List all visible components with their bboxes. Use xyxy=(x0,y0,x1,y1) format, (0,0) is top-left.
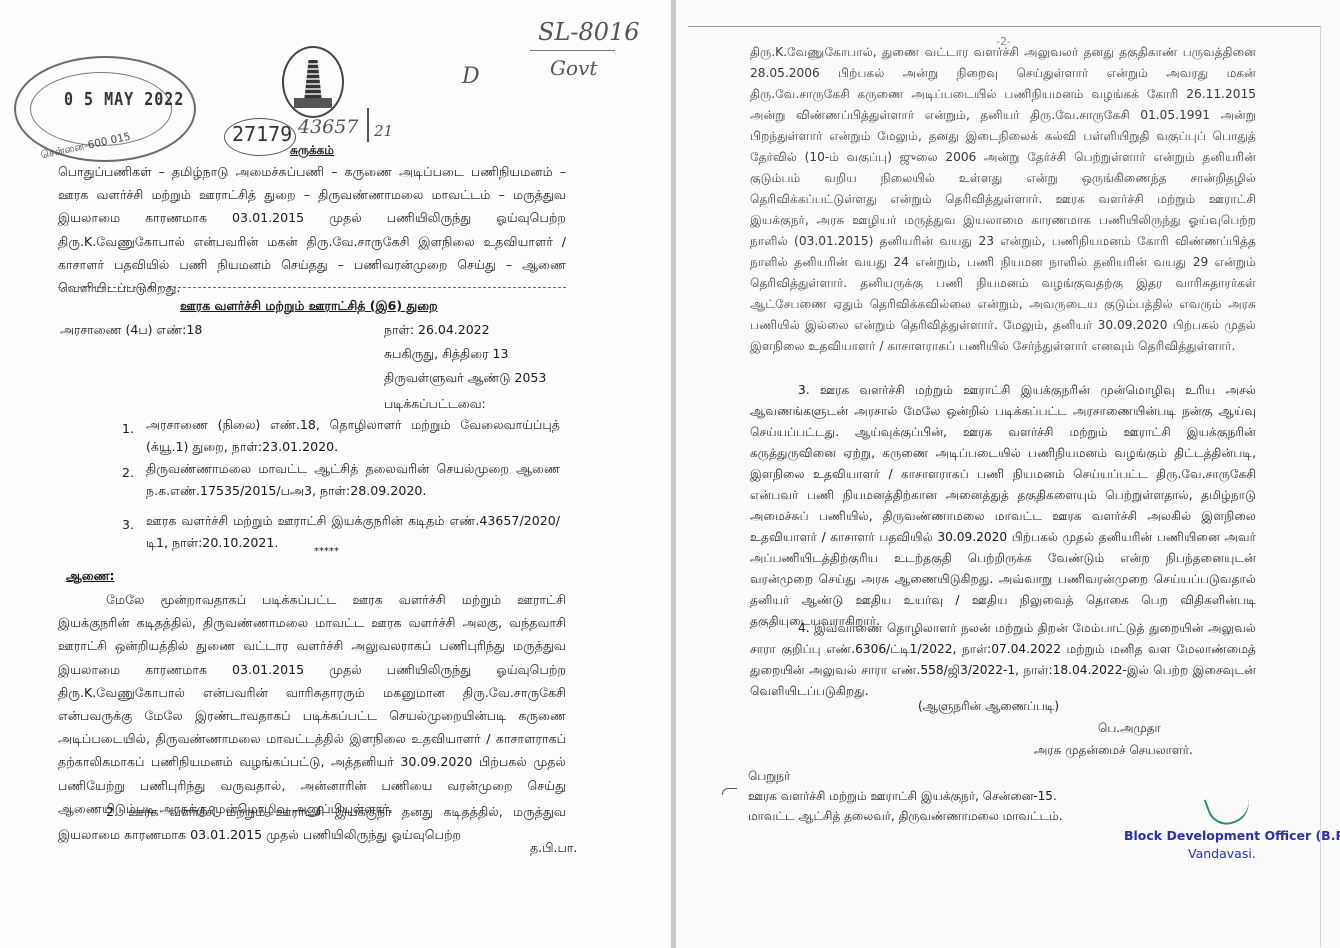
section-separator: ***** xyxy=(314,540,339,564)
department-heading: ஊரக வளர்ச்சி மற்றும் ஊராட்சித் (இ6) துறை xyxy=(180,294,438,318)
emblem-base xyxy=(294,98,332,108)
office-stamp-line-2: Vandavasi. xyxy=(1188,846,1256,861)
dashed-separator xyxy=(58,287,566,288)
order-paragraph-1: மேலே மூன்றாவதாகப் படிக்கப்பட்ட ஊரக வளர்ச… xyxy=(58,588,566,820)
tamil-calendar-date: சுபகிருது, சித்திரை 13 xyxy=(384,342,508,366)
order-number: அரசாணை (4ப) எண்:18 xyxy=(60,318,202,342)
order-date: நாள்: 26.04.2022 xyxy=(384,318,490,342)
handwritten-underline xyxy=(530,50,615,51)
handwritten-mark: D xyxy=(462,64,480,89)
handwritten-slash xyxy=(367,108,369,142)
signatory-title: அரசு முதன்மைச் செயலாளர். xyxy=(1034,738,1193,762)
recipient-item: மாவட்ட ஆட்சித் தலைவர், திருவண்ணாமலை மாவட… xyxy=(748,804,1063,828)
reference-number: 2. xyxy=(122,462,134,484)
handwritten-ref-year: 21 xyxy=(374,122,393,140)
office-stamp-line-1: Block Development Officer (B.P) xyxy=(1124,828,1340,843)
circled-number: 27179 xyxy=(232,122,292,146)
temple-tower-icon xyxy=(304,60,322,102)
handwritten-ref-number: 43657 xyxy=(298,116,358,138)
reference-number: 1. xyxy=(122,418,134,440)
continued-paragraph: திரு.K.வேணுகோபால், துணை வட்டார வளர்ச்சி … xyxy=(750,42,1256,357)
by-order-of-governor: (ஆளுநரின் ஆணைப்படி) xyxy=(918,694,1059,718)
reference-item: அரசாணை (நிலை) எண்.18, தொழிலாளர் மற்றும் … xyxy=(146,414,560,458)
order-paragraph-2: 2. ஊரக வளர்ச்சி மற்றும் ஊராட்சி இயக்குநர… xyxy=(58,800,566,846)
handwritten-file-code: SL-8016 xyxy=(538,18,640,46)
reference-item: ஊரக வளர்ச்சி மற்றும் ஊராட்சி இயக்குநரின்… xyxy=(146,510,560,554)
order-heading: ஆணை: xyxy=(66,564,115,588)
stamp-date: 0 5 MAY 2022 xyxy=(64,88,184,110)
signatory-name: பெ.அமுதா xyxy=(1098,716,1161,740)
read-heading: படிக்கப்பட்டவை: xyxy=(384,392,486,416)
order-paragraph-4: 4. இவ்வாணை தொழிலாளர் நலன் மற்றும் திறன் … xyxy=(750,618,1256,702)
summary-heading: சுருக்கம் xyxy=(290,138,334,162)
reference-item: திருவண்ணாமலை மாவட்ட ஆட்சித் தலைவரின் செய… xyxy=(146,458,560,502)
tamil-nadu-emblem-icon xyxy=(282,46,344,118)
document-page-1: 0 5 MAY 2022 சென்னை-600 015 SL-8016 Govt… xyxy=(0,0,672,948)
subject-paragraph: பொதுப்பணிகள் – தமிழ்நாடு அமைச்சுப்பணி – … xyxy=(58,160,566,299)
order-paragraph-3: 3. ஊரக வளர்ச்சி மற்றும் ஊராட்சி இயக்குநர… xyxy=(750,380,1256,632)
handwritten-tick-mark xyxy=(722,788,737,795)
handwritten-file-sub: Govt xyxy=(550,56,597,80)
thiruvalluvar-year: திருவள்ளுவர் ஆண்டு 2053 xyxy=(384,366,546,390)
please-turn-over: த.பி.பா. xyxy=(530,836,577,860)
reference-number: 3. xyxy=(122,514,134,536)
